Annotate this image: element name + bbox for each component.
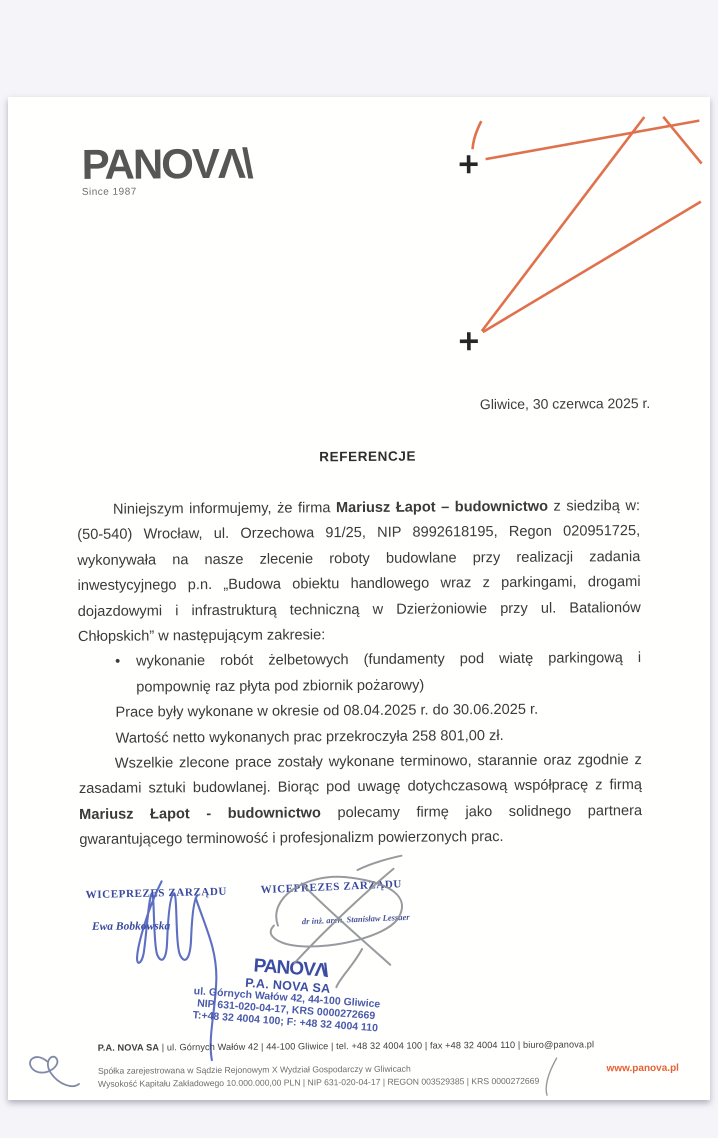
plus-mark-icon xyxy=(459,155,479,350)
closing-text: Wszelkie zlecone prace zostały wykonane … xyxy=(79,752,642,797)
panova-logo-wordmark: PANOVΛ\ xyxy=(81,144,249,185)
footer-contact-details: | ul. Górnych Wałów 42 | 44-100 Gliwice … xyxy=(159,1039,594,1052)
right-signer-title-stamp: WICEPREZES ZARZĄDU xyxy=(260,878,402,896)
document-title: REFERENCJE xyxy=(7,447,709,467)
intro-text-continued: z siedzibą w: (50-540) Wrocław, ul. Orze… xyxy=(77,498,641,645)
document-body: Niniejszym informujemy, że firma Mariusz… xyxy=(77,494,642,854)
footer-website: www.panova.pl xyxy=(606,1063,678,1075)
logo-text: PANOV xyxy=(81,140,218,188)
stroke-bottom-right-ink xyxy=(546,1058,557,1096)
company-stamp: PANOVΛ\ P.A. NOVA SA ul. Górnych Wałów 4… xyxy=(165,950,409,1036)
left-signer-name: Ewa Bobkowska xyxy=(92,920,170,933)
bullet-icon: • xyxy=(115,650,136,701)
document-page: PANOVΛ\ Since 1987 Gliwice, 30 czerwca 2… xyxy=(8,97,710,1100)
paraph-bottom-left-ink xyxy=(30,1057,79,1087)
line-net-value: Wartość netto wykonanych prac przekroczy… xyxy=(116,723,642,752)
logo-tagline: Since 1987 xyxy=(82,186,250,198)
footer-contact-line: P.A. NOVA SA | ul. Górnych Wałów 42 | 44… xyxy=(98,1039,594,1052)
right-signer-name: dr inż. arch. Stanisław Lessaer xyxy=(302,912,410,927)
paragraph-intro: Niniejszym informujemy, że firma Mariusz… xyxy=(77,494,641,650)
document-date: Gliwice, 30 czerwca 2025 r. xyxy=(480,395,651,412)
contractor-name-bold: Mariusz Łapot – budownictwo xyxy=(336,499,548,516)
logo-a-mark-icon: Λ\ xyxy=(218,140,250,187)
bullet-text: wykonanie robót żelbetowych (fundamenty … xyxy=(136,646,641,700)
contractor-name-bold-2: Mariusz Łapot - budownictwo xyxy=(79,805,321,823)
footer-registration-line: Spółka zarejestrowana w Sądzie Rejonowym… xyxy=(98,1064,411,1076)
panova-logo: PANOVΛ\ Since 1987 xyxy=(81,144,249,198)
footer-company-name: P.A. NOVA SA xyxy=(98,1042,159,1052)
intro-text: Niniejszym informujemy, że firma xyxy=(113,500,336,518)
line-work-period: Prace były wykonane w okresie od 08.04.2… xyxy=(115,697,641,726)
left-signer-title-stamp: WICEPREZES ZARZĄDU xyxy=(86,886,228,901)
paragraph-closing: Wszelkie zlecone prace zostały wykonane … xyxy=(79,748,643,854)
bullet-item: • wykonanie robót żelbetowych (fundament… xyxy=(78,646,641,701)
stamp-logo-a-mark-icon: Λ\ xyxy=(314,960,325,982)
footer-capital-line: Wysokość Kapitału Zakładowego 10.000.000… xyxy=(98,1076,539,1089)
screenshot-background: PANOVΛ\ Since 1987 Gliwice, 30 czerwca 2… xyxy=(0,0,718,1138)
scanned-content: PANOVΛ\ Since 1987 Gliwice, 30 czerwca 2… xyxy=(4,95,713,1103)
